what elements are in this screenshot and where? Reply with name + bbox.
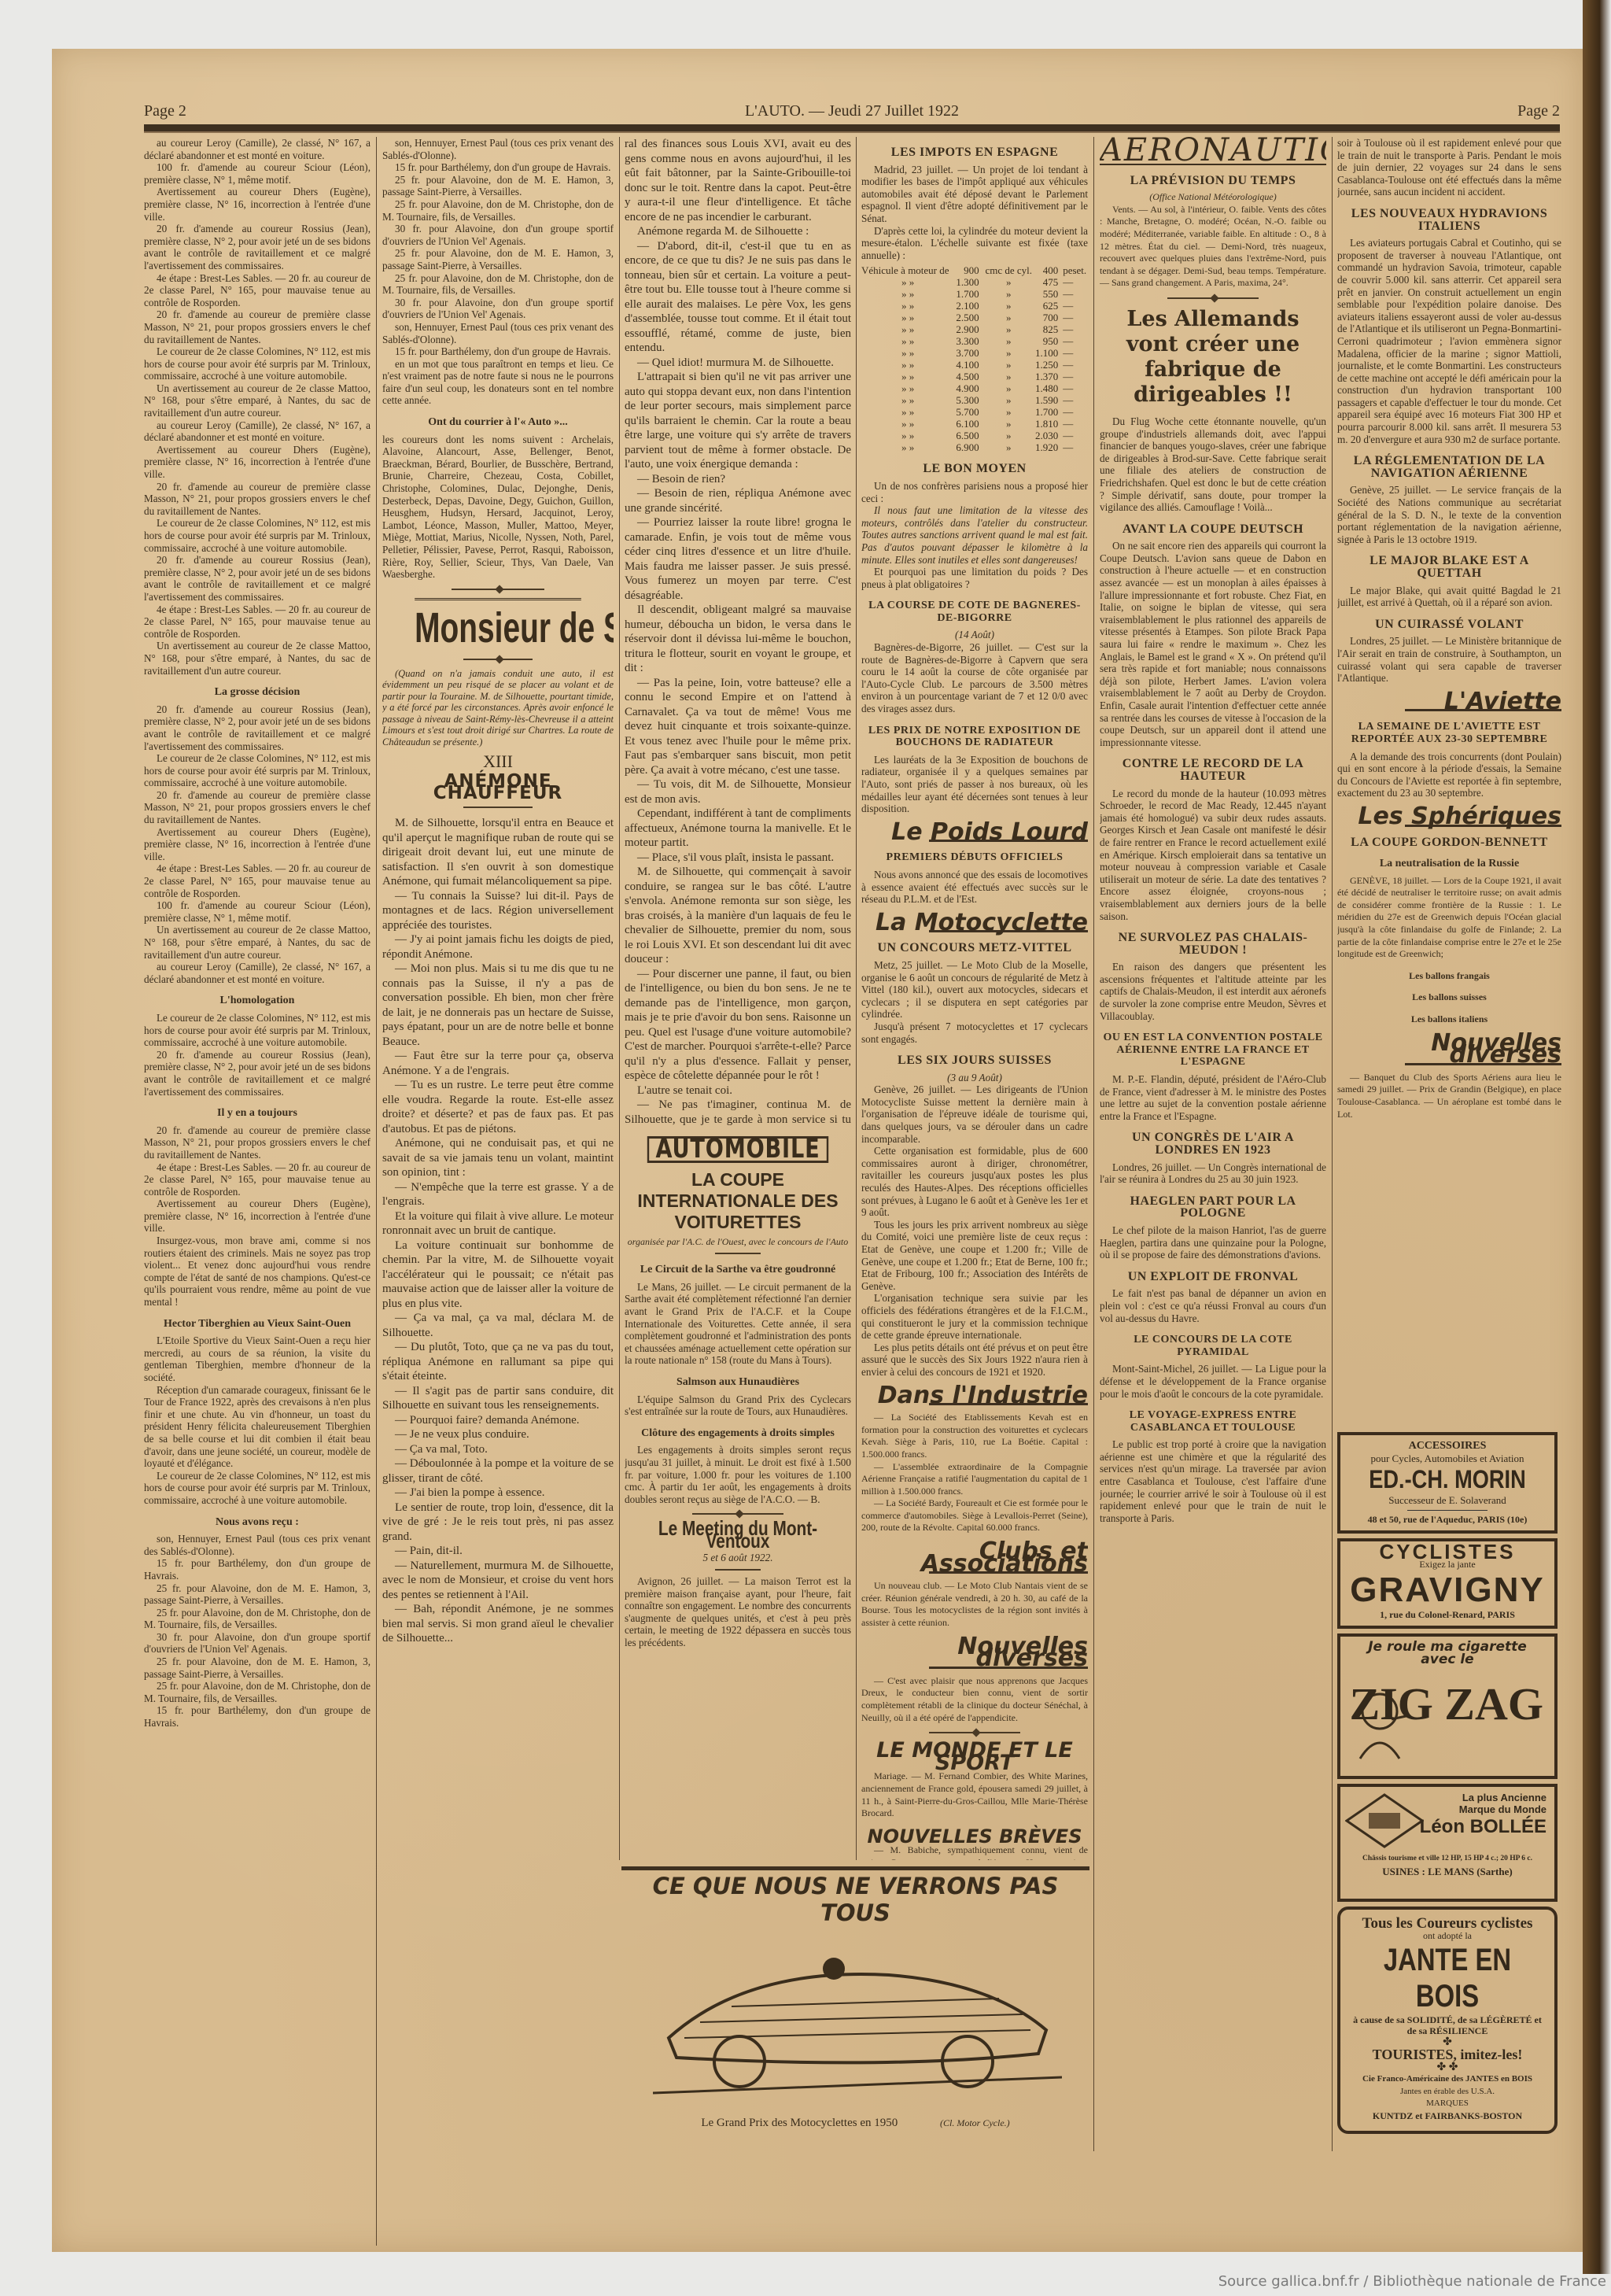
column-1: au coureur Leroy (Camille), 2e classé, N… [144,137,370,2206]
tax-cell: 950 [1034,335,1063,347]
courrier-heading: Ont du courrier à l'« Auto »... [382,416,614,429]
ad-line: avec le [1347,1654,1548,1667]
article-paragraph: soir à Toulouse où il est rapidement enl… [1337,137,1561,198]
ad-line: Tous les Coureurs cyclistes [1348,1918,1546,1930]
header-rule [144,124,1560,133]
meteo-source: (Office National Météorologique) [1100,191,1326,204]
article-paragraph: Londres, 26 juillet. — Un Congrès intern… [1100,1161,1326,1186]
ad-brand: JANTE EN BOIS [1366,1942,1529,2014]
rubric-motocyclette: La Motocyclette [861,917,1088,929]
feuilleton-paragraph: — Je ne veux plus conduire. [382,1427,614,1442]
subheading: Hector Tiberghien au Vieux Saint-Ouen [144,1318,370,1331]
ad-address: 48 et 50, rue de l'Aqueduc, PARIS (10e) [1347,1514,1548,1526]
article-paragraph: Les lauréats de la 3e Exposition de bouc… [861,754,1088,815]
rubric-monde: LE MONDE ET LE SPORT [861,1744,1088,1769]
tax-cell: cmc de cyl. [984,264,1034,276]
tax-row: » »5.700»1.700— [861,406,1088,418]
article-paragraph: 20 fr. d'amende au coureur Rossius (Jean… [144,223,370,271]
tax-cell: 3.700 [954,347,983,359]
subheading: LES NOUVEAUX HYDRAVIONS ITALIENS [1337,208,1561,232]
tax-row: » »1.300»475— [861,276,1088,288]
tax-cell: 1.370 [1034,371,1063,382]
subheading: LE MAJOR BLAKE EST A QUETTAH [1337,555,1561,579]
tax-cell: » [984,288,1034,300]
tax-cell: — [1063,406,1088,418]
article-paragraph: Le coureur de 2e classe Colomines, N° 11… [144,1012,370,1049]
tax-cell: » » [861,323,954,335]
tax-cell: — [1063,276,1088,288]
article-paragraph: 20 fr. d'amende au coureur de première c… [144,1124,370,1161]
tax-cell: » » [861,276,954,288]
article-paragraph: en un mot que tous paraîtront en temps e… [382,358,614,407]
ornament-divider [1167,297,1258,299]
article-paragraph: 25 fr. pour Alavoine, don de M. Christop… [382,272,614,297]
source-credit: Source gallica.bnf.fr / Bibliothèque nat… [1218,2273,1606,2290]
tax-cell: 2.900 [954,323,983,335]
subheading: AVANT LA COUPE DEUTSCH [1100,523,1326,536]
tax-cell: » » [861,335,954,347]
article-paragraph: Le coureur de 2e classe Colomines, N° 11… [144,752,370,789]
article-paragraph: A la demande des trois concurrents (dont… [1337,751,1561,799]
article-paragraph: Genève, 25 juillet. — Le service françai… [1337,484,1561,545]
tax-cell: » [984,394,1034,406]
feuilleton-paragraph: — Tu vois, dit M. de Silhouette, Monsieu… [625,777,851,807]
article-paragraph: Le major Blake, qui avait quitté Bagdad … [1337,585,1561,609]
tax-cell: — [1063,441,1088,453]
photo-credit: (Cl. Motor Cycle.) [940,2117,1010,2128]
article-paragraph: On ne sait encore rien des appareils qui… [1100,540,1326,748]
ad-line: Jantes en érable des U.S.A. [1348,2086,1546,2099]
car-emblem-icon [1345,1793,1424,1848]
ad-line: Cie Franco-Américaine des JANTES en BOIS [1348,2073,1546,2086]
subheading: CONTRE LE RECORD DE LA HAUTEUR [1100,758,1326,782]
feuilleton-paragraph: — D'abord, dit-il, c'est-il que tu en as… [625,239,851,356]
tax-cell: 6.500 [954,430,983,441]
ad-line: TOURISTES, imitez-les! [1348,2049,1546,2062]
automobile-banner: AUTOMOBILE [647,1136,828,1163]
feuilleton-paragraph: — N'empêche que la terre est grasse. Y a… [382,1180,614,1209]
article-paragraph: 25 fr. pour Alavoine, don de M. E. Hamon… [382,247,614,271]
tax-cell: 900 [954,264,983,276]
quote-paragraph: Il nous faut une limitation de la vitess… [861,504,1088,566]
article-paragraph: 25 fr. pour Alavoine, don de M. Christop… [382,198,614,223]
subheading: UN EXPLOIT DE FRONVAL [1100,1271,1326,1283]
aeronautique-banner: AÉRONAUTIQUE [1100,137,1326,165]
tax-row: » »6.100»1.810— [861,418,1088,430]
feuilleton-paragraph: — J'y ai point jamais fichu les doigts d… [382,932,614,962]
article-paragraph: Avignon, 26 juillet. — La maison Terrot … [625,1575,851,1649]
feuilleton-paragraph: — Pourriez laisser la route libre! grogn… [625,515,851,603]
tax-cell: 4.100 [954,359,983,371]
tax-cell: 6.900 [954,441,983,453]
tax-cell: 2.100 [954,300,983,312]
feuilleton-paragraph: — Tu connais la Suisse? lui dit-il. Pays… [382,889,614,933]
article-paragraph: Bagnères-de-Bigorre, 26 juillet. — C'est… [861,641,1088,715]
exposition-heading: LES PRIX DE NOTRE EXPOSITION DE BOUCHONS… [861,725,1088,749]
feuilleton-paragraph: — Quel idiot! murmura M. de Silhouette. [625,356,851,371]
feuilleton-paragraph: Cependant, indifférent à tant de complim… [625,807,851,851]
event-date: (3 au 9 Août) [861,1072,1088,1084]
feuilleton-paragraph: — Pourquoi faire? demanda Anémone. [382,1413,614,1428]
ad-line: Châssis tourisme et ville 12 HP, 15 HP 4… [1344,1853,1551,1866]
subheading: L'homologation [144,995,370,1007]
feuilleton-paragraph: — Bah, répondit Anémone, je ne sommes bi… [382,1602,614,1646]
chapter-title: ANÉMONE CHAUFFEUR [382,776,614,800]
feuilleton-paragraph: — Pour discerner une panne, il faut, ou … [625,967,851,1083]
article-paragraph: Tous les jours les prix arrivent nombreu… [861,1219,1088,1293]
coupe-subtitle: organisée par l'A.C. de l'Ouest, avec le… [625,1236,851,1249]
subheading: Les ballons frangais [1337,970,1561,983]
tax-cell: 1.810 [1034,418,1063,430]
tax-cell: » [984,312,1034,323]
automobile-section: AUTOMOBILE LA COUPE INTERNATIONALE DES V… [625,1133,851,1865]
event-date: (14 Août) [861,629,1088,641]
tax-cell: » » [861,406,954,418]
tax-cell: 700 [1034,312,1063,323]
article-paragraph: 20 fr. d'amende au coureur Rossius (Jean… [144,1049,370,1098]
tax-cell: » » [861,312,954,323]
article-paragraph: son, Hennuyer, Ernest Paul (tous ces pri… [382,321,614,345]
feuilleton-paragraph: ral des finances sous Louis XVI, avait e… [625,137,851,224]
ad-bollee: La plus Ancienne Marque du Monde Léon BO… [1337,1784,1558,1902]
article-paragraph: Avertissement au coureur Dhers (Eugène),… [144,186,370,223]
ad-brand: ZIG ZAG [1349,1682,1543,1726]
subheading: LA SEMAINE DE L'AVIETTE EST REPORTÉE AUX… [1337,721,1561,745]
tax-cell: — [1063,312,1088,323]
feuilleton-paragraph: — Ça va mal, ça va mal, déclara M. de Si… [382,1311,614,1340]
feuilleton-paragraph: Anémone, qui ne conduisait pas, et qui n… [382,1136,614,1180]
ornament-divider [463,659,533,660]
ad-line: Marque du Monde [1420,1803,1546,1815]
subheading: LA RÉGLEMENTATION DE LA NAVIGATION AÉRIE… [1337,455,1561,479]
article-paragraph: Le public est trop porté à croire que la… [1100,1438,1326,1524]
article-paragraph: Le chef pilote de la maison Hanriot, l'a… [1100,1224,1326,1261]
ad-line: ACCESSOIRES [1347,1440,1548,1453]
article-paragraph: 15 fr. pour Barthélemy, don d'un groupe … [144,1557,370,1582]
article-paragraph: Les aviateurs portugais Cabral et Coutin… [1337,237,1561,445]
bagneres-heading: LA COURSE DE COTE DE BAGNERES-DE-BIGORRE [861,600,1088,624]
tax-cell: 1.100 [1034,347,1063,359]
column-divider [376,137,377,2246]
feuilleton-paragraph: Anémone regarda M. de Silhouette : [625,224,851,239]
article-paragraph: 30 fr. pour Alavoine, don d'un groupe sp… [382,297,614,321]
article-paragraph: Les plus petits détails ont été prévus e… [861,1342,1088,1379]
feuilleton-paragraph: — Naturellement, murmura M. de Silhouett… [382,1559,614,1603]
subheading: La grosse décision [144,686,370,699]
article-paragraph: 15 fr. pour Barthélemy, don d'un groupe … [382,345,614,358]
industry-item: — L'assemblée extraordinaire de la Compa… [861,1461,1088,1498]
article-paragraph: son, Hennuyer, Ernest Paul (tous ces pri… [382,137,614,161]
subheading: LE VOYAGE-EXPRESS ENTRE CASABLANCA ET TO… [1100,1409,1326,1434]
rubric-aviette: L'Aviette [1337,696,1561,708]
tax-row: » »1.700»550— [861,288,1088,300]
article-paragraph: au coureur Leroy (Camille), 2e classé, N… [144,961,370,985]
article-paragraph: D'après cette loi, la cylindrée du moteu… [861,225,1088,262]
subheading: Les ballons suisses [1337,991,1561,1004]
tax-cell: — [1063,382,1088,394]
feuilleton-paragraph: L'attrapait si bien qu'il ne vit pas arr… [625,370,851,472]
article-paragraph: 4e étape : Brest-Les Sables. — 20 fr. au… [144,1161,370,1198]
feuilleton-paragraph: Et la voiture qui filait à vive allure. … [382,1209,614,1238]
feuilleton-paragraph: — Pas la peine, Ioin, votre batteuse? el… [625,676,851,778]
column-divider [1332,137,1333,2151]
tax-cell: 1.590 [1034,394,1063,406]
rubric-industrie: Dans l'Industrie [861,1390,1088,1402]
tax-cell: 1.920 [1034,441,1063,453]
tax-row: » »2.900»825— [861,323,1088,335]
article-paragraph: 4e étape : Brest-Les Sables. — 20 fr. au… [144,272,370,309]
industry-item: — La Société Bardy, Foureault et Cie est… [861,1497,1088,1534]
ad-brand: Léon BOLLÉE [1420,1815,1546,1839]
article-paragraph: Mont-Saint-Michel, 26 juillet. — La Ligu… [1100,1363,1326,1400]
subheading: HAEGLEN PART POUR LA POLOGNE [1100,1195,1326,1220]
article-paragraph: — Banquet du Club des Sports Aériens aur… [1337,1072,1561,1120]
tax-row: » »2.100»625— [861,300,1088,312]
article-paragraph: 25 fr. pour Alavoine, don de M. Christop… [144,1680,370,1704]
column-2: son, Hennuyer, Ernest Paul (tous ces pri… [382,137,614,2167]
chapter-rule [463,807,533,808]
feuilleton-paragraph: — Du plutôt, Toto, que ça ne va pas du t… [382,1340,614,1384]
article-paragraph: 20 fr. d'amende au coureur Rossius (Jean… [144,703,370,752]
tax-cell: 5.300 [954,394,983,406]
column-3: ral des finances sous Louis XVI, avait e… [625,137,851,1128]
article-paragraph: Un avertissement au coureur de 2e classe… [144,382,370,419]
feuilleton-paragraph: — J'ai bien la pompe à essence. [382,1486,614,1501]
article-paragraph: Le record du monde de la hauteur (10.093… [1100,788,1326,923]
feuilleton-body: M. de Silhouette, lorsqu'il entra en Bea… [382,816,614,1646]
page-number-right: Page 2 [1517,102,1560,120]
article-paragraph: M. P.-E. Flandin, député, président de l… [1100,1073,1326,1122]
subheading: Salmson aux Hunaudières [625,1376,851,1389]
article-paragraph: 30 fr. pour Alavoine, don d'un groupe sp… [144,1631,370,1656]
tax-cell: 3.300 [954,335,983,347]
ornament-divider [452,589,544,590]
feuilleton-paragraph: — Pain, dit-il. [382,1544,614,1559]
article-paragraph: Un nouveau club. — Le Moto Club Nantais … [861,1580,1088,1629]
ad-line: ont adopté la [1348,1930,1546,1943]
tax-cell: 625 [1034,300,1063,312]
meteo-text: Vents. — Au sol, à l'intérieur, O. faibl… [1100,204,1326,290]
tax-cell: 550 [1034,288,1063,300]
article-paragraph: Metz, 25 juillet. — Le Moto Club de la M… [861,959,1088,1021]
subheading: Il y en a toujours [144,1107,370,1120]
subheading: UN CONCOURS METZ-VITTEL [861,942,1088,954]
article-paragraph: 15 fr. pour Barthélemy, don d'un groupe … [144,1704,370,1729]
meteo-heading: LA PRÉVISION DU TEMPS [1100,175,1326,187]
article-paragraph: — C'est avec plaisir que nous apprenons … [861,1675,1088,1724]
article-paragraph: 4e étape : Brest-Les Sables. — 20 fr. au… [144,604,370,640]
subheading: UN CUIRASSÉ VOLANT [1337,618,1561,631]
industry-item: — La Société des Etablissements Kevah es… [861,1412,1088,1460]
feuilleton-intro: (Quand on n'a jamais conduit une auto, i… [382,668,614,748]
feuilleton-paragraph: Il descendit, obligeant malgré sa mauvai… [625,603,851,676]
article-paragraph: Insurgez-vous, mon brave ami, comme si n… [144,1235,370,1309]
feuilleton-paragraph: — Ne pas t'imaginer, continua M. de Silh… [625,1098,851,1128]
tax-row: » »6.900»1.920— [861,441,1088,453]
article-paragraph: L'Etoile Sportive du Vieux Saint-Ouen a … [144,1334,370,1383]
courrier-list: les coureurs dont les noms suivent : Arc… [382,434,614,581]
tax-cell: 475 [1034,276,1063,288]
tax-cell: » [984,335,1034,347]
tax-cell: — [1063,335,1088,347]
column-divider [619,137,620,1860]
article-paragraph: Le Mans, 26 juillet. — Le circuit perman… [625,1281,851,1367]
subheading: NE SURVOLEZ PAS CHALAIS-MEUDON ! [1100,932,1326,956]
tax-row: Véhicule à moteur de900cmc de cyl.400pes… [861,264,1088,276]
tax-cell: — [1063,300,1088,312]
tax-cell: » » [861,371,954,382]
feuilleton-paragraph: M. de Silhouette, lorsqu'il entra en Bea… [382,816,614,889]
tax-cell: » » [861,441,954,453]
rubric-breves: NOUVELLES BRÈVES [861,1831,1088,1844]
rule [1407,1510,1488,1511]
tax-row: » »5.300»1.590— [861,394,1088,406]
feuilleton-paragraph: Le sentier de route, trop loin, d'essenc… [382,1501,614,1545]
ad-line: CYCLISTES [1347,1546,1548,1559]
tax-cell: » [984,441,1034,453]
ad-line: à cause de sa SOLIDITÉ, de sa LÉGÈRETÉ e… [1348,2014,1546,2036]
article-paragraph: Cette organisation est formidable, plus … [861,1145,1088,1219]
tax-cell: 825 [1034,323,1063,335]
article-paragraph: Et pourquoi pas une limitation du poids … [861,566,1088,590]
tax-cell: — [1063,371,1088,382]
article-paragraph: 25 fr. pour Alavoine, don de M. E. Hamon… [144,1582,370,1607]
article-paragraph: 20 fr. d'amende au coureur de première c… [144,789,370,826]
rubric-poids-lourd: Le Poids Lourd [861,826,1088,839]
tax-cell: Véhicule à moteur de [861,264,954,276]
subheading: Nous avons reçu : [144,1516,370,1529]
feuilleton-paragraph: — Besoin de rien? [625,472,851,487]
article-paragraph: Madrid, 23 juillet. — Un projet de loi t… [861,164,1088,225]
article-paragraph: Un de nos confrères parisiens nous a pro… [861,480,1088,504]
feuilleton-title: Monsieur de Silhouette [415,598,581,651]
tax-cell: — [1063,323,1088,335]
feuilleton-paragraph: — Besoin de rien, répliqua Anémone avec … [625,486,851,515]
illustration-heading: CE QUE NOUS NE VERRONS PAS TOUS [621,1873,1089,1926]
meeting-dates: 5 et 6 août 1922. [625,1552,851,1564]
ad-morin: ACCESSOIRES pour Cycles, Automobiles et … [1337,1432,1558,1534]
tax-cell: » » [861,288,954,300]
tax-cell: » » [861,347,954,359]
article-paragraph: Avertissement au coureur Dhers (Eugène),… [144,826,370,863]
article-paragraph: En raison des dangers que présentent les… [1100,961,1326,1022]
article-paragraph: — M. Babiche, sympathiquement connu, vie… [861,1844,1088,1860]
feuilleton-paragraph: — Il s'agit pas de partir sans conduire,… [382,1384,614,1413]
subheading: Les ballons italiens [1337,1013,1561,1026]
article-paragraph: 20 fr. d'amende au coureur Rossius (Jean… [144,554,370,603]
article-paragraph: Du Flug Woche cette étonnante nouvelle, … [1100,415,1326,514]
column-4: LES IMPOTS EN ESPAGNE Madrid, 23 juillet… [861,137,1088,1860]
ad-brand: GRAVIGNY [1347,1571,1548,1609]
article-paragraph: Nous avons annoncé que des essais de loc… [861,869,1088,906]
article-paragraph: Jusqu'à présent 7 motocyclettes et 17 cy… [861,1021,1088,1045]
ad-address: 1, rue du Colonel-Renard, PARIS [1347,1609,1548,1622]
tax-cell: 400 [1034,264,1063,276]
tax-cell: » [984,382,1034,394]
meeting-title: Le Meeting du Mont-Ventoux [647,1523,828,1547]
tax-cell: — [1063,288,1088,300]
chapter-number: XIII [382,755,614,768]
article-paragraph: L'organisation technique sera suivie par… [861,1292,1088,1341]
tax-cell: 6.100 [954,418,983,430]
subheading: UN CONGRÈS DE L'AIR A LONDRES EN 1923 [1100,1131,1326,1156]
article-paragraph: au coureur Leroy (Camille), 2e classé, N… [144,419,370,444]
tax-row: » »6.500»2.030— [861,430,1088,441]
tax-cell: 4.500 [954,371,983,382]
tax-row: » »3.700»1.100— [861,347,1088,359]
article-paragraph: Un avertissement au coureur de 2e classe… [144,924,370,961]
ad-gravigny: CYCLISTES Exigez la jante GRAVIGNY 1, ru… [1337,1538,1558,1629]
ornament-divider [692,1513,783,1515]
feuilleton-paragraph: — Tu es un rustre. Le terre peut être co… [382,1078,614,1136]
article-paragraph: Le coureur de 2e classe Colomines, N° 11… [144,1470,370,1507]
article-paragraph: L'équipe Salmson du Grand Prix des Cycle… [625,1393,851,1418]
feuilleton-paragraph: L'autre se tenait coi. [625,1083,851,1098]
feuilleton-paragraph: La voiture continuait sur bonhomme de ch… [382,1238,614,1312]
tax-row: » »3.300»950— [861,335,1088,347]
allemands-heading: Les Allemands vont créer une fabrique de… [1100,307,1326,408]
subheading: Clôture des engagements à droits simples [625,1427,851,1440]
tax-cell: » » [861,430,954,441]
tax-cell: — [1063,418,1088,430]
section-rule [621,1866,1089,1870]
feuilleton-paragraph: — Place, s'il vous plaît, insista le pas… [625,851,851,866]
impots-heading: LES IMPOTS EN ESPAGNE [861,146,1088,159]
tax-cell: » [984,323,1034,335]
article-paragraph: GENÈVE, 18 juillet. — Lors de la Coupe 1… [1337,875,1561,961]
feuilleton-paragraph: — Faut être sur la terre pour ça, observ… [382,1049,614,1078]
article-paragraph: Le coureur de 2e classe Colomines, N° 11… [144,517,370,554]
tax-cell: » » [861,418,954,430]
illustration-caption: Le Grand Prix des Motocyclettes en 1950 … [621,2117,1089,2130]
ad-jante-en-bois: Tous les Coureurs cyclistes ont adopté l… [1337,1907,1558,2133]
rubric-clubs: Clubs et Associations [861,1545,1088,1570]
tax-cell: » [984,406,1034,418]
ad-zigzag: Je roule ma cigarette avec le ZIG ZAG [1337,1633,1558,1779]
tax-cell: » [984,418,1034,430]
subheading: La neutralisation de la Russie [1337,858,1561,870]
tax-cell: » [984,359,1034,371]
article-paragraph: 20 fr. d'amende au coureur de première c… [144,308,370,345]
tax-cell: » » [861,359,954,371]
tax-cell: » » [861,394,954,406]
ad-line: Exigez la jante [1347,1559,1548,1571]
article-paragraph: Le fait n'est pas banal de dépanner un a… [1100,1287,1326,1324]
caption-text: Le Grand Prix des Motocyclettes en 1950 [701,2117,898,2129]
subheading: PREMIERS DÉBUTS OFFICIELS [861,851,1088,864]
book-spine [1583,0,1611,2274]
rubric-nouvelles: Nouvelles diverses [861,1641,1088,1665]
subheading: LE CONCOURS DE LA COTE PYRAMIDAL [1100,1334,1326,1358]
feuilleton-paragraph: — Moi non plus. Mais si tu me dis que tu… [382,962,614,1049]
subheading: OU EN EST LA CONVENTION POSTALE AÉRIENNE… [1100,1032,1326,1069]
rubric-nouvelles: Nouvelles diverses [1337,1037,1561,1061]
article-paragraph: Avertissement au coureur Dhers (Eugène),… [144,444,370,481]
ad-line: Successeur de E. Solaverand [1347,1494,1548,1507]
article-paragraph: Londres, 25 juillet. — Le Ministère brit… [1337,635,1561,684]
article-paragraph: Réception d'un camarade courageux, finis… [144,1384,370,1470]
ad-brand: ED.-CH. MORIN [1362,1464,1533,1494]
feuilleton-paragraph: — Ça va mal, Toto. [382,1442,614,1457]
feuilleton-paragraph: M. de Silhouette, qui commençait à savoi… [625,865,851,967]
article-paragraph: Le coureur de 2e classe Colomines, N° 11… [144,345,370,382]
page-header: Page 2 L'AUTO. — Jeudi 27 Juillet 1922 P… [144,102,1560,121]
subheading: LES SIX JOURS SUISSES [861,1054,1088,1067]
tax-cell: — [1063,394,1088,406]
article-paragraph: 25 fr. pour Alavoine, don de M. E. Hamon… [382,174,614,198]
tax-cell: 2.500 [954,312,983,323]
article-paragraph: 25 fr. pour Alavoine, don de M. E. Hamon… [144,1656,370,1680]
